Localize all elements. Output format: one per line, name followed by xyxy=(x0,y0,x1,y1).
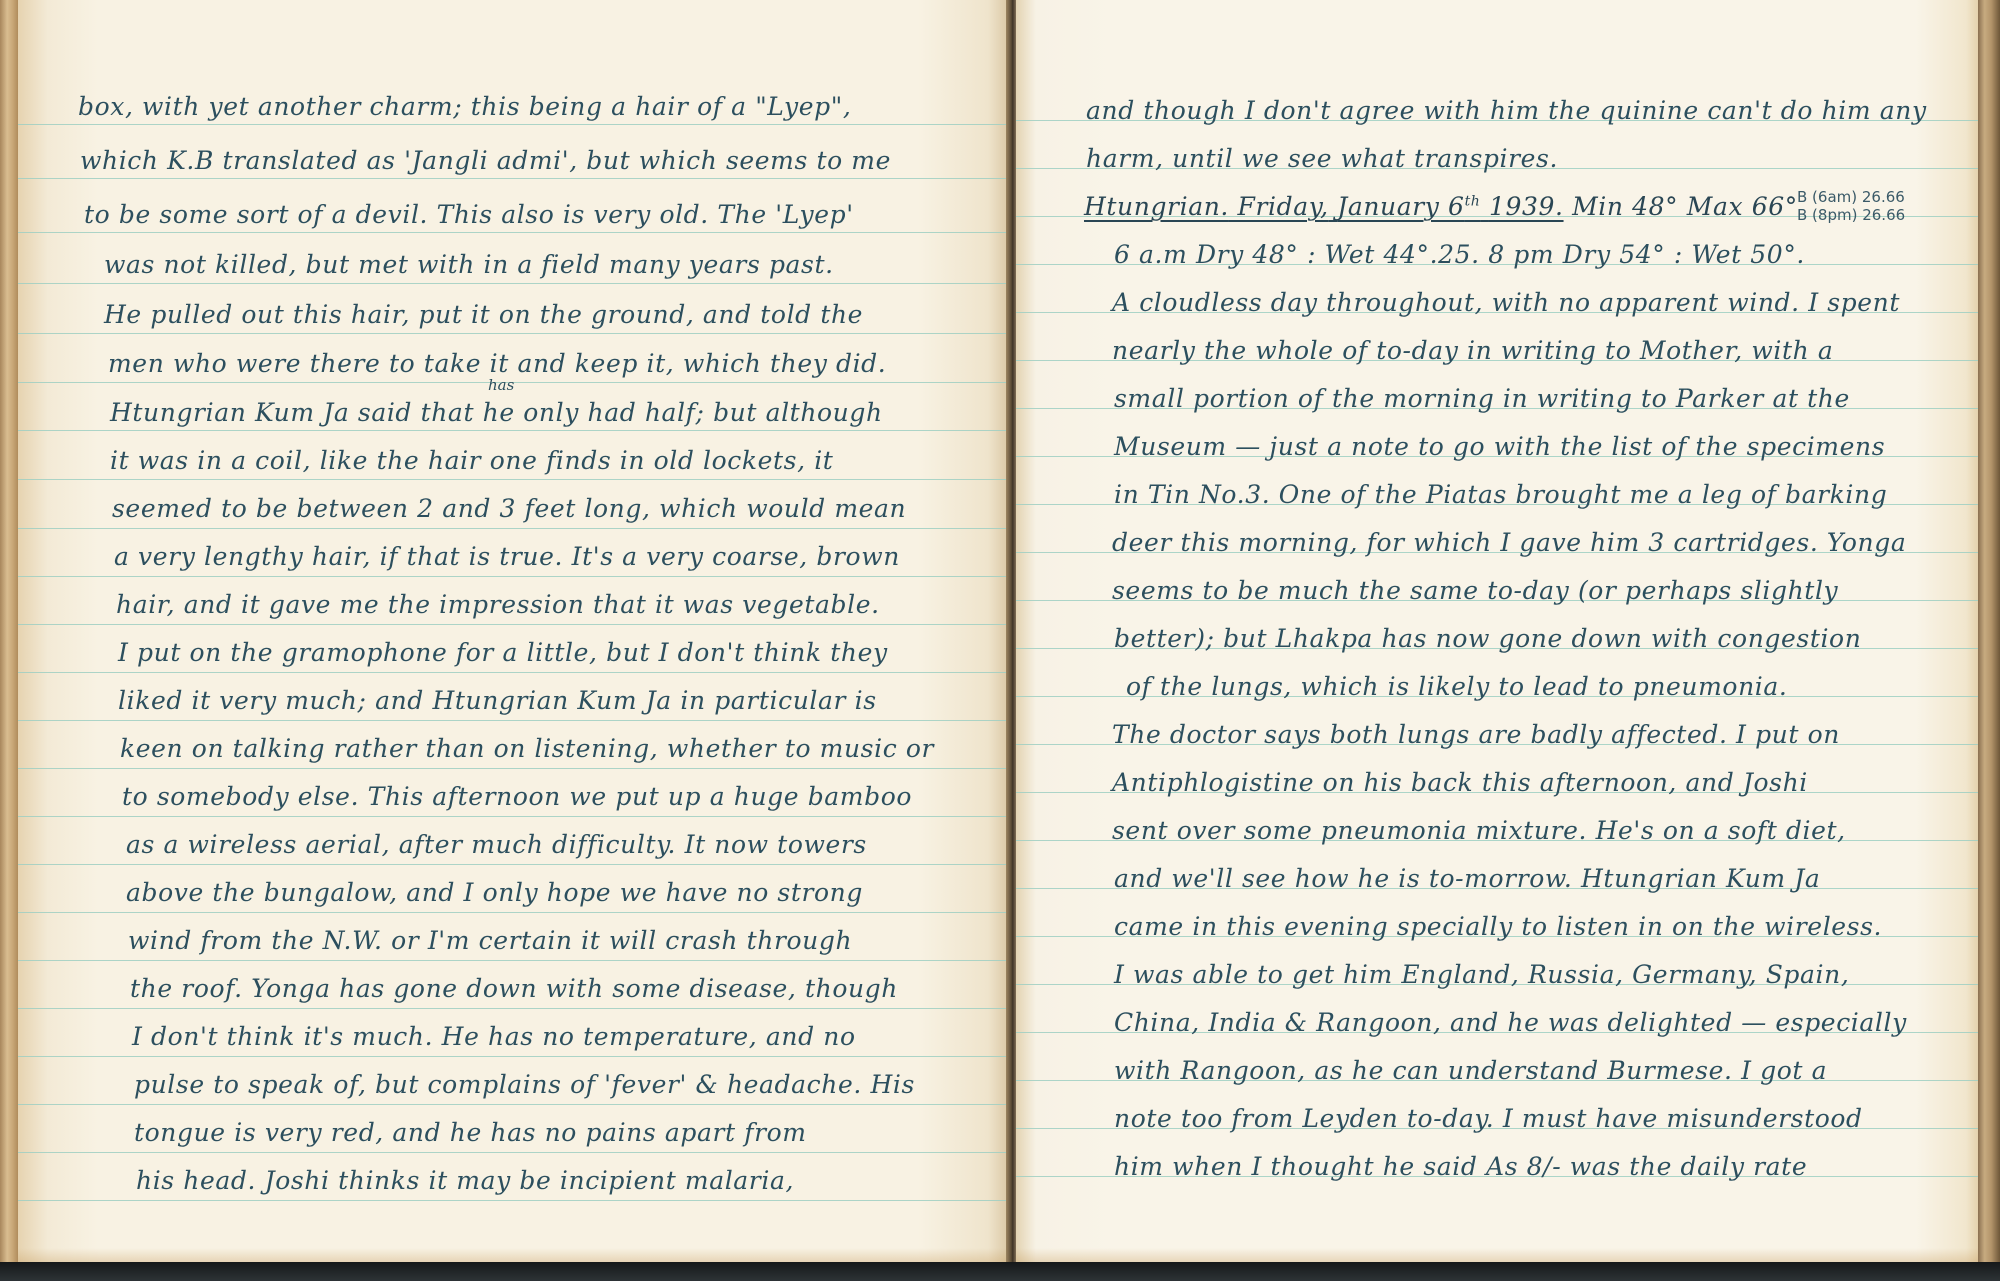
ruled-line xyxy=(18,624,1010,625)
diary-line: above the bungalow, and I only hope we h… xyxy=(126,878,863,907)
scan-background xyxy=(0,1262,2000,1281)
diary-line: to be some sort of a devil. This also is… xyxy=(84,200,854,229)
ruled-line xyxy=(18,576,1010,577)
open-notebook: box, with yet another charm; this being … xyxy=(0,0,2000,1262)
ruled-line xyxy=(18,1008,1010,1009)
ruled-line xyxy=(18,178,1010,179)
page-stain xyxy=(18,1248,1010,1262)
entry-heading: Htungrian. Friday, January 6th 1939. Min… xyxy=(1084,192,1798,221)
diary-line: seems to be much the same to-day (or per… xyxy=(1112,576,1838,605)
diary-line: which K.B translated as 'Jangli admi', b… xyxy=(80,146,891,175)
diary-line: He pulled out this hair, put it on the g… xyxy=(104,300,863,329)
ruled-line xyxy=(18,1152,1010,1153)
ruled-line xyxy=(18,333,1010,334)
diary-line: wind from the N.W. or I'm certain it wil… xyxy=(128,926,852,955)
diary-line: liked it very much; and Htungrian Kum Ja… xyxy=(118,686,877,715)
inserted-correction: has xyxy=(488,376,514,394)
ruled-line xyxy=(18,430,1010,431)
diary-line: and we'll see how he is to-morrow. Htung… xyxy=(1114,864,1820,893)
ruled-line xyxy=(18,672,1010,673)
diary-line: A cloudless day throughout, with no appa… xyxy=(1112,288,1900,317)
diary-line: in Tin No.3. One of the Piatas brought m… xyxy=(1114,480,1887,509)
ruled-line xyxy=(18,768,1010,769)
diary-line: I was able to get him England, Russia, G… xyxy=(1114,960,1849,989)
entry-place-date: Htungrian. Friday, January 6th 1939. xyxy=(1084,192,1564,221)
diary-line: I put on the gramophone for a little, bu… xyxy=(118,638,888,667)
diary-line: Antiphlogistine on his back this afterno… xyxy=(1112,768,1808,797)
diary-line: nearly the whole of to-day in writing to… xyxy=(1112,336,1833,365)
page-stain xyxy=(1016,1248,1980,1262)
diary-line: a very lengthy hair, if that is true. It… xyxy=(114,542,900,571)
diary-line: China, India & Rangoon, and he was delig… xyxy=(1114,1008,1907,1037)
diary-line: keen on talking rather than on listening… xyxy=(120,734,934,763)
diary-line: him when I thought he said As 8/- was th… xyxy=(1114,1152,1807,1181)
barometer-readings: B (6am) 26.66 B (8pm) 26.66 xyxy=(1797,188,1905,224)
diary-line: of the lungs, which is likely to lead to… xyxy=(1126,672,1787,701)
diary-line: and though I don't agree with him the qu… xyxy=(1086,96,1927,125)
diary-line: deer this morning, for which I gave him … xyxy=(1112,528,1906,557)
diary-line: pulse to speak of, but complains of 'fev… xyxy=(134,1070,915,1099)
ruled-line xyxy=(18,232,1010,233)
diary-line: the roof. Yonga has gone down with some … xyxy=(130,974,898,1003)
ruled-line xyxy=(18,720,1010,721)
diary-line: was not killed, but met with in a field … xyxy=(104,250,834,279)
ruled-line xyxy=(18,283,1010,284)
left-page-edge xyxy=(0,0,18,1262)
right-page-edge xyxy=(1978,0,2000,1262)
ruled-line xyxy=(18,528,1010,529)
diary-line: sent over some pneumonia mixture. He's o… xyxy=(1112,816,1846,845)
diary-line: Museum — just a note to go with the list… xyxy=(1114,432,1885,461)
ruled-line xyxy=(18,816,1010,817)
diary-line: I don't think it's much. He has no tempe… xyxy=(132,1022,856,1051)
ruled-line xyxy=(18,1104,1010,1105)
left-page: box, with yet another charm; this being … xyxy=(18,0,1010,1262)
diary-line: as a wireless aerial, after much difficu… xyxy=(126,830,867,859)
diary-line: harm, until we see what transpires. xyxy=(1086,144,1558,173)
diary-line: small portion of the morning in writing … xyxy=(1114,384,1850,413)
min-max-temperature: Min 48° Max 66° xyxy=(1572,192,1798,221)
ruled-line xyxy=(18,1056,1010,1057)
diary-line: box, with yet another charm; this being … xyxy=(78,92,851,121)
diary-line: it was in a coil, like the hair one find… xyxy=(110,446,833,475)
ruled-line xyxy=(18,1200,1010,1201)
ruled-line xyxy=(18,960,1010,961)
diary-line: seemed to be between 2 and 3 feet long, … xyxy=(112,494,906,523)
barometer-6am: B (6am) 26.66 xyxy=(1797,188,1905,206)
diary-line: note too from Leyden to-day. I must have… xyxy=(1114,1104,1863,1133)
barometer-8pm: B (8pm) 26.66 xyxy=(1797,206,1905,224)
ruled-line xyxy=(18,864,1010,865)
ruled-line xyxy=(18,124,1010,125)
weather-readings: 6 a.m Dry 48° : Wet 44°.25. 8 pm Dry 54°… xyxy=(1114,240,1805,269)
ruled-line xyxy=(18,479,1010,480)
diary-line: men who were there to take it and keep i… xyxy=(108,349,886,378)
diary-line: his head. Joshi thinks it may be incipie… xyxy=(136,1166,794,1195)
diary-line: came in this evening specially to listen… xyxy=(1114,912,1882,941)
diary-line: The doctor says both lungs are badly aff… xyxy=(1112,720,1840,749)
diary-line: better); but Lhakpa has now gone down wi… xyxy=(1114,624,1861,653)
diary-line: hair, and it gave me the impression that… xyxy=(116,590,880,619)
diary-line: tongue is very red, and he has no pains … xyxy=(134,1118,807,1147)
diary-line: with Rangoon, as he can understand Burme… xyxy=(1114,1056,1827,1085)
diary-line: to somebody else. This afternoon we put … xyxy=(122,782,912,811)
ruled-line xyxy=(18,912,1010,913)
diary-line: Htungrian Kum Ja said that he only had h… xyxy=(110,398,883,427)
